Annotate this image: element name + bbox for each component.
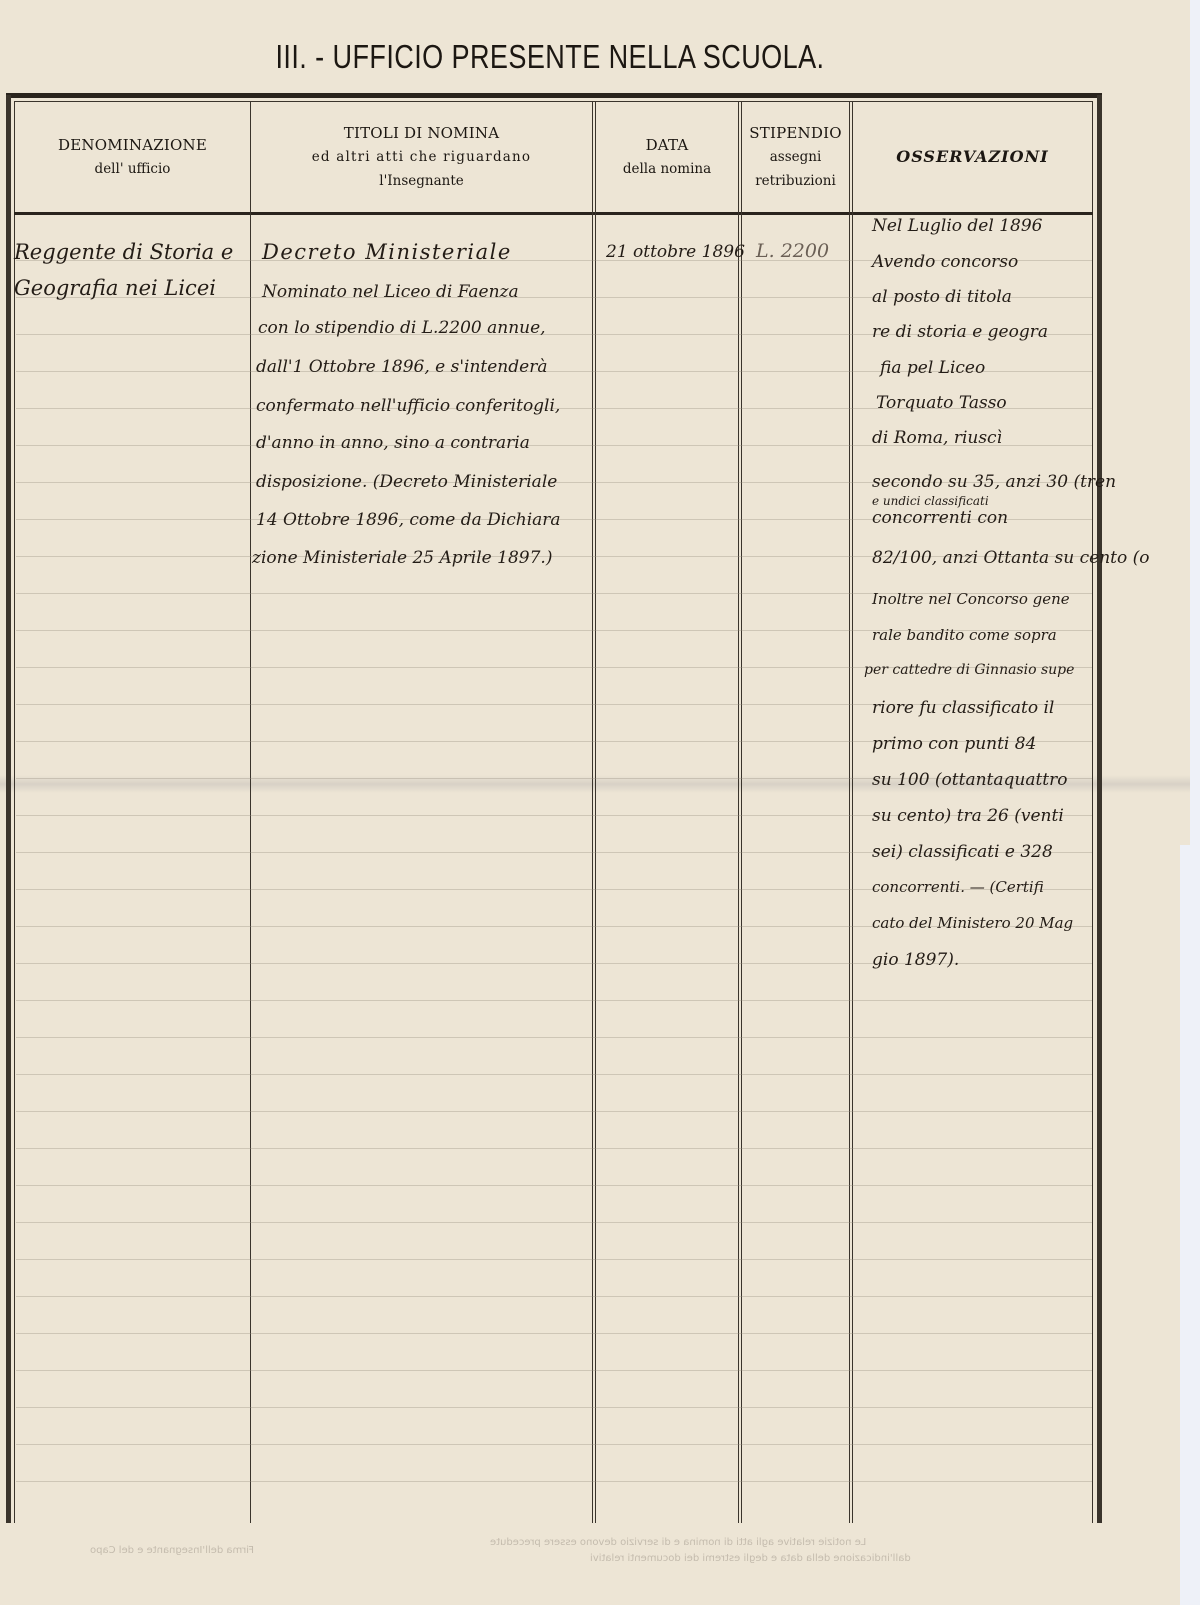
bleed-through-text: dall'indicazione della data e degli estr… xyxy=(590,1553,911,1564)
handwritten-line: Nominato nel Liceo di Faenza xyxy=(262,282,519,302)
cell-data: 21 ottobre 1896 xyxy=(606,242,745,262)
handwritten-line: riore fu classificato il xyxy=(872,698,1054,718)
header-subtitle: della nomina xyxy=(623,158,711,182)
column-divider-2 xyxy=(592,101,596,1523)
header-title: OSSERVAZIONI xyxy=(896,143,1048,171)
header-subtitle: retribuzioni xyxy=(755,170,836,194)
handwritten-line: confermato nell'ufficio conferitogli, xyxy=(256,396,560,416)
handwritten-line: Torquato Tasso xyxy=(876,393,1007,413)
handwritten-line: 14 Ottobre 1896, come da Dichiara xyxy=(256,510,561,530)
handwritten-line: Decreto Ministeriale xyxy=(262,240,512,264)
header-title: DATA xyxy=(646,132,689,158)
handwritten-line: 82/100, anzi Ottanta su cento (o xyxy=(872,548,1150,568)
bleed-through-text: Le notizie relative agli atti di nomina … xyxy=(490,1537,866,1548)
handwritten-line: zione Ministeriale 25 Aprile 1897.) xyxy=(252,548,552,568)
handwritten-line: sei) classificati e 328 xyxy=(872,842,1053,862)
handwritten-line: gio 1897). xyxy=(872,950,959,970)
handwritten-line: dall'1 Ottobre 1896, e s'intenderà xyxy=(256,357,547,377)
ruled-line xyxy=(16,1259,1092,1260)
ruled-line xyxy=(16,1111,1092,1112)
header-denominazione: DENOMINAZIONE dell' ufficio xyxy=(15,101,250,212)
ruled-line xyxy=(16,1296,1092,1297)
table-left-inner-border xyxy=(14,101,15,1523)
handwritten-line: rale bandito come sopra xyxy=(872,626,1057,644)
ruled-line xyxy=(16,1370,1092,1371)
handwritten-line: su 100 (ottantaquattro xyxy=(872,770,1068,790)
handwritten-line: primo con punti 84 xyxy=(872,734,1036,754)
handwritten-line: Nel Luglio del 1896 xyxy=(872,216,1042,236)
header-stipendio: STIPENDIO assegni retribuzioni xyxy=(742,101,849,212)
table-top-rule xyxy=(6,93,1102,98)
header-bottom-rule xyxy=(14,212,1093,215)
cell-stipendio: L. 2200 xyxy=(756,240,829,262)
handwritten-line: Geografia nei Licei xyxy=(14,276,216,300)
ruled-line xyxy=(16,1333,1092,1334)
header-data: DATA della nomina xyxy=(596,101,738,212)
handwritten-line: fia pel Liceo xyxy=(880,358,985,378)
header-subtitle: l'Insegnante xyxy=(379,170,463,194)
column-divider-3 xyxy=(738,101,742,1523)
ruled-line xyxy=(16,1481,1092,1482)
header-title: DENOMINAZIONE xyxy=(58,132,207,158)
header-subtitle: assegni xyxy=(770,146,822,170)
handwritten-line: Inoltre nel Concorso gene xyxy=(872,590,1070,608)
handwritten-line: disposizione. (Decreto Ministeriale xyxy=(256,472,557,492)
handwritten-line: re di storia e geogra xyxy=(872,322,1048,342)
handwritten-line: concorrenti. — (Certifi xyxy=(872,878,1044,896)
ruled-line xyxy=(16,1037,1092,1038)
table-left-border xyxy=(6,95,11,1523)
handwritten-line: Reggente di Storia e xyxy=(14,240,233,264)
ruled-line xyxy=(16,1074,1092,1075)
ruled-line xyxy=(16,1222,1092,1223)
handwritten-line: su cento) tra 26 (venti xyxy=(872,806,1064,826)
header-titoli-di-nomina: TITOLI DI NOMINA ed altri atti che rigua… xyxy=(251,101,592,212)
ruled-line xyxy=(16,1444,1092,1445)
bleed-through-text: Firma dell'Insegnante e del Capo xyxy=(90,1545,254,1556)
ruled-line xyxy=(16,1185,1092,1186)
handwritten-insertion: e undici classificati xyxy=(872,494,989,508)
page-title: III. - UFFICIO PRESENTE NELLA SCUOLA. xyxy=(99,38,1001,76)
column-divider-4 xyxy=(849,101,853,1523)
ruled-line xyxy=(16,1407,1092,1408)
header-title: TITOLI DI NOMINA xyxy=(344,120,499,146)
table-right-inner-border xyxy=(1092,101,1093,1523)
handwritten-line: con lo stipendio di L.2200 annue, xyxy=(258,318,546,338)
handwritten-line: d'anno in anno, sino a contraria xyxy=(256,433,530,453)
handwritten-line: cato del Ministero 20 Mag xyxy=(872,914,1073,932)
ruled-line xyxy=(16,1000,1092,1001)
handwritten-line: per cattedre di Ginnasio supe xyxy=(864,662,1074,678)
handwritten-line: al posto di titola xyxy=(872,287,1012,307)
header-subtitle: dell' ufficio xyxy=(95,158,171,182)
handwritten-line: concorrenti con xyxy=(872,508,1008,528)
handwritten-line: di Roma, riuscì xyxy=(872,428,1002,448)
column-divider-1 xyxy=(250,101,251,1523)
handwritten-line: secondo su 35, anzi 30 (tren xyxy=(872,472,1116,492)
table-right-border xyxy=(1097,95,1102,1523)
header-osservazioni: OSSERVAZIONI xyxy=(853,101,1092,212)
handwritten-line: Avendo concorso xyxy=(872,252,1018,272)
header-title: STIPENDIO xyxy=(749,120,841,146)
header-subtitle: ed altri atti che riguardano xyxy=(312,146,532,170)
ruled-line xyxy=(16,1148,1092,1149)
